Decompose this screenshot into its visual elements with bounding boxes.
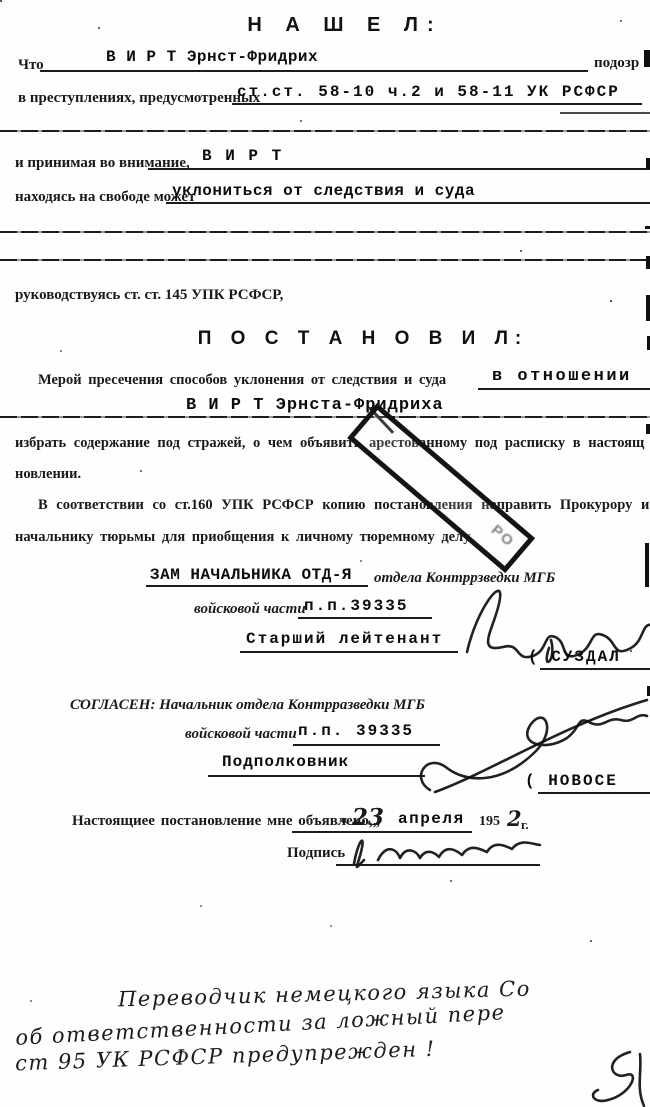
guided-by-line: руководствуясь ст. ст. 145 УПК РСФСР, [15, 287, 283, 304]
primary-position-typed: ЗАМ НАЧАЛЬНИКА ОТД-Я [150, 566, 352, 584]
ack-signature-label: Подпись [287, 845, 345, 862]
primary-unit-underline [298, 617, 432, 619]
scanned-decree-page: Н А Ш Е Л: Что В И Р Т Эрнст-Фридрих под… [0, 0, 650, 1107]
who-underline [40, 70, 588, 72]
scan-artifact [644, 50, 650, 67]
crimes-underline [232, 103, 642, 105]
who-value: В И Р Т Эрнст-Фридрих [106, 48, 318, 66]
custody-line1: избрать содержание под стражей, о чем об… [15, 435, 650, 452]
scan-artifact [646, 158, 650, 169]
primary-unit-value: п.п.39335 [304, 597, 408, 615]
scan-artifact [646, 424, 650, 434]
atlarge-value: уклониться от следствия и суда [172, 182, 475, 200]
measure-label: Мерой пресечения способов уклонения от с… [38, 372, 446, 389]
ack-month: апреля [398, 810, 465, 828]
agree-surname-underline [538, 792, 650, 794]
form-rule [0, 416, 650, 418]
agree-surname-cut: ( НОВОСЕ [525, 772, 618, 790]
section-heading-found: Н А Ш Е Л: [40, 14, 650, 37]
considering-underline [148, 168, 650, 170]
scan-artifact [646, 256, 650, 269]
signature-note [572, 1048, 650, 1107]
ack-day-handwritten: 23 [352, 804, 384, 831]
custody-line2: новлении. [15, 466, 81, 483]
ack-signature-underline [336, 864, 540, 866]
crimes-underline-2 [560, 112, 650, 114]
form-rule [0, 259, 650, 261]
agree-unit-value: п.п. 39335 [298, 722, 414, 740]
agree-label: СОГЛАСЕН: Начальник отдела Контрразведки… [70, 697, 425, 714]
diagonal-stamp: РО [347, 403, 535, 573]
scan-artifact [645, 543, 649, 587]
scan-noise [0, 0, 2, 2]
atlarge-underline [166, 202, 650, 204]
measure-value: в отношении [492, 367, 632, 386]
who-suffix-cut: подозр [594, 55, 639, 72]
primary-rank-underline [240, 651, 458, 653]
agree-unit-label: войсковой части [185, 726, 297, 743]
form-rule [0, 231, 650, 233]
stamp-text: РО [488, 521, 518, 550]
person-value: В И Р Т Эрнста-Фридриха [186, 396, 444, 415]
ack-open-quote: « [340, 812, 348, 829]
scan-artifact [645, 226, 650, 229]
primary-rank: Старший лейтенант [246, 630, 443, 648]
crimes-label: в преступлениях, предусмотренных [18, 90, 260, 107]
form-rule [0, 130, 650, 132]
crimes-value: ст.ст. 58-10 ч.2 и 58-11 УК РСФСР [237, 83, 620, 101]
agree-rank: Подполковник [222, 753, 349, 771]
ack-dash [292, 831, 336, 833]
signature-acknowledgement [340, 828, 550, 873]
considering-value: В И Р Т [202, 147, 283, 165]
agree-rank-underline [208, 775, 425, 777]
copy-line1: В соответствии со ст.160 УПК РСФСР копию… [38, 497, 650, 514]
measure-underline [478, 388, 650, 390]
ack-label: Настоящиее постановление мне объявлено,„ [72, 813, 380, 830]
primary-surname-cut: ( СУЗДАЛ [528, 648, 621, 666]
primary-unit-label: войсковой части [194, 601, 306, 618]
scan-artifact [646, 295, 650, 321]
section-heading-resolved: П О С Т А Н О В И Л: [76, 328, 650, 350]
copy-line2: начальнику тюрьмы для приобщения к лично… [15, 529, 473, 546]
primary-surname-underline [540, 668, 650, 670]
primary-position-underline [146, 585, 368, 587]
